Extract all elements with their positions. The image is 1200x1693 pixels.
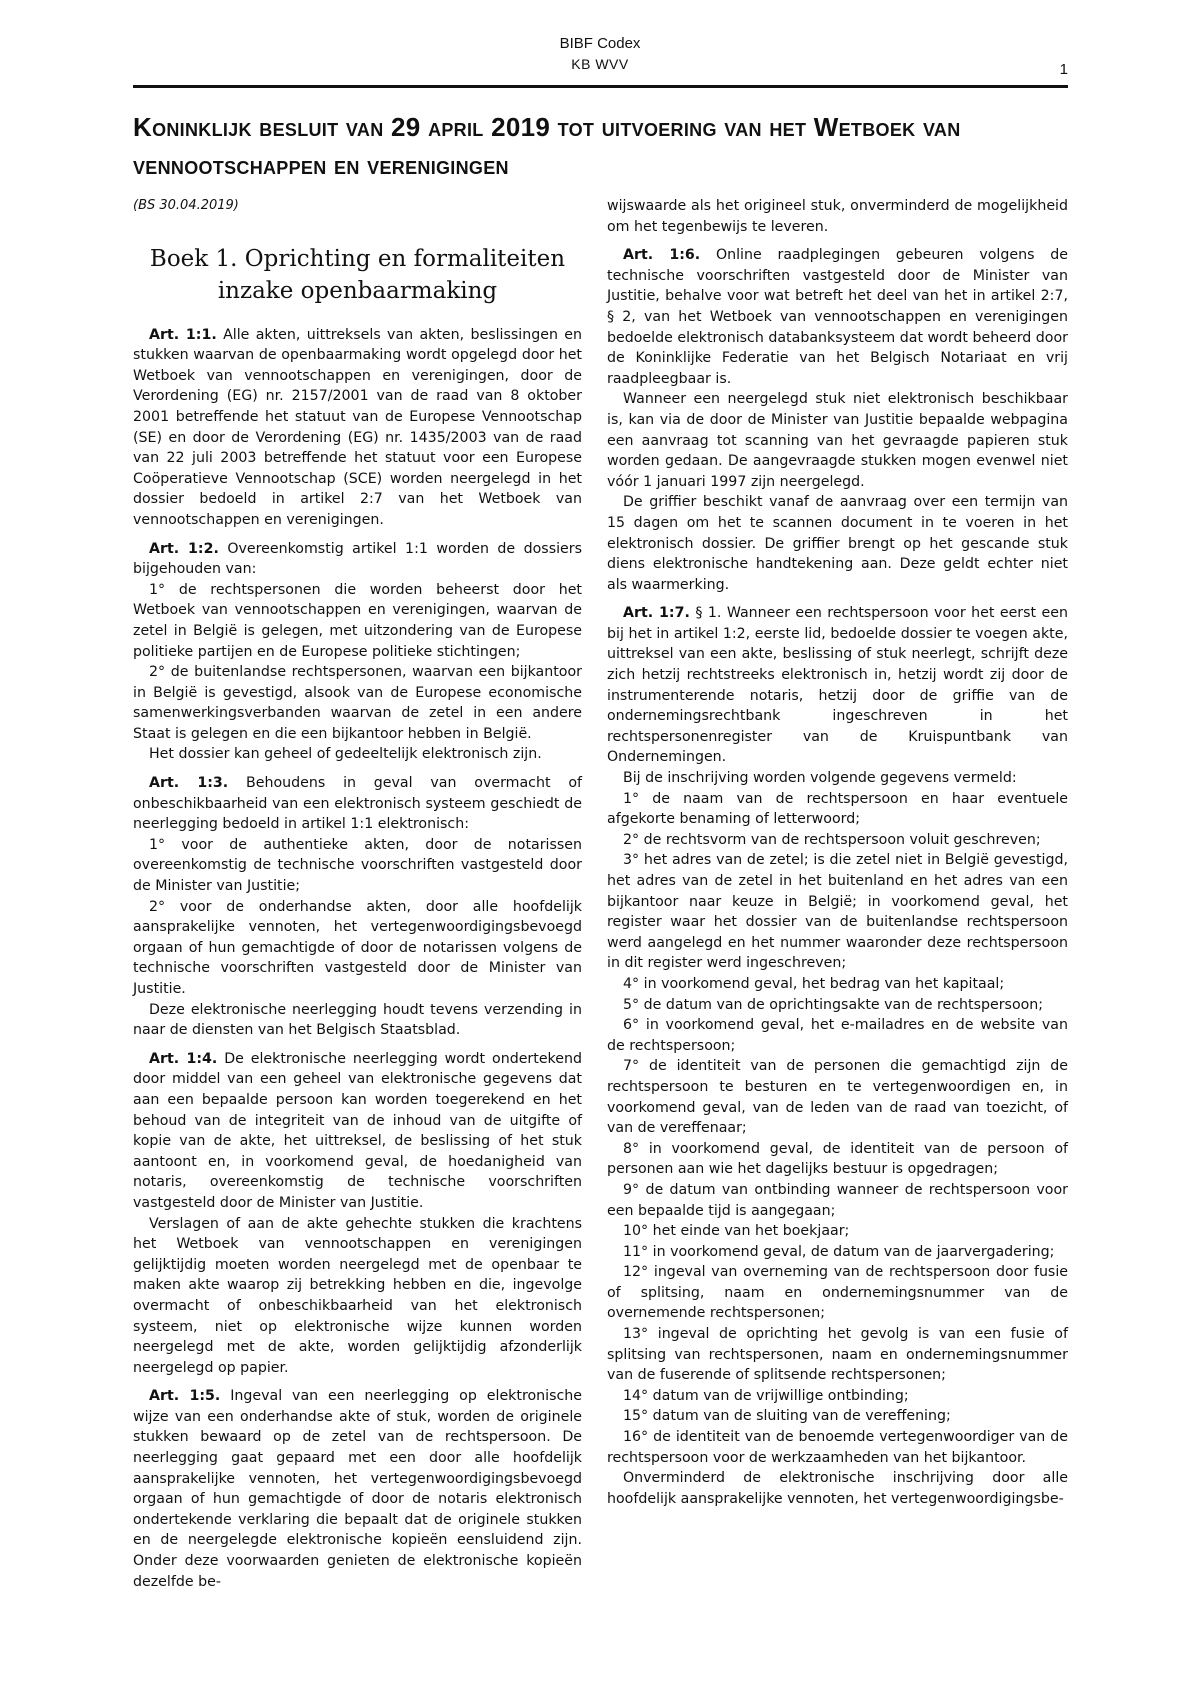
- article-text: § 1. Wanneer een rechtspersoon voor het …: [607, 605, 1068, 765]
- list-item: 1° de naam van de rechtspersoon en haar …: [607, 789, 1068, 830]
- article-label: Art. 1:1.: [149, 327, 217, 343]
- article-1-7: Art. 1:7. § 1. Wanneer een rechtspersoon…: [607, 603, 1068, 768]
- list-item: 15° datum van de sluiting van de vereffe…: [607, 1406, 1068, 1427]
- list-item: 9° de datum van ontbinding wanneer de re…: [607, 1180, 1068, 1221]
- list-item: 5° de datum van de oprichtingsakte van d…: [607, 995, 1068, 1016]
- article-label: Art. 1:2.: [149, 541, 219, 557]
- article-text: De elektronische neerlegging wordt onder…: [133, 1051, 582, 1211]
- article-paragraph: De griffier beschikt vanaf de aanvraag o…: [607, 492, 1068, 595]
- publication-reference: (BS 30.04.2019): [133, 196, 582, 217]
- right-column: wijswaarde als het origineel stuk, onver…: [607, 196, 1068, 1509]
- article-paragraph: Verslagen of aan de akte gehechte stukke…: [133, 1214, 582, 1379]
- article-1-5: Art. 1:5. Ingeval van een neerlegging op…: [133, 1386, 582, 1592]
- article-1-1: Art. 1:1. Alle akten, uittreksels van ak…: [133, 325, 582, 531]
- document-short-title: KB WVV: [0, 54, 1200, 74]
- list-item: 8° in voorkomend geval, de identiteit va…: [607, 1139, 1068, 1180]
- page-number: 1: [1060, 61, 1068, 78]
- list-item: 4° in voorkomend geval, het bedrag van h…: [607, 974, 1068, 995]
- list-item: 11° in voorkomend geval, de datum van de…: [607, 1242, 1068, 1263]
- article-label: Art. 1:5.: [149, 1388, 220, 1404]
- list-item: 1° de rechtspersonen die worden beheerst…: [133, 580, 582, 662]
- article-text: Ingeval van een neerlegging op elektroni…: [133, 1388, 582, 1589]
- article-text: Alle akten, uittreksels van akten, besli…: [133, 327, 582, 528]
- article-text: Online raadplegingen gebeuren volgens de…: [607, 247, 1068, 387]
- list-item: 2° de buitenlandse rechtspersonen, waarv…: [133, 662, 582, 744]
- article-1-3: Art. 1:3. Behoudens in geval van overmac…: [133, 773, 582, 835]
- article-label: Art. 1:3.: [149, 775, 228, 791]
- list-item: 3° het adres van de zetel; is die zetel …: [607, 850, 1068, 974]
- running-header: BIBF Codex KB WVV: [0, 34, 1200, 74]
- document-title: Koninklijk besluit van 29 april 2019 tot…: [133, 108, 1073, 184]
- list-item: 2° voor de onderhandse akten, door alle …: [133, 897, 582, 1000]
- list-item: 7° de identiteit van de personen die gem…: [607, 1056, 1068, 1138]
- article-paragraph: Onverminderd de elektronische inschrijvi…: [607, 1468, 1068, 1509]
- article-label: Art. 1:4.: [149, 1051, 217, 1067]
- header-rule: [133, 85, 1068, 88]
- book-heading: Boek 1. Oprichting en formaliteiten inza…: [133, 243, 582, 307]
- article-paragraph: Bij de inschrijving worden volgende gege…: [607, 768, 1068, 789]
- article-paragraph: Wanneer een neergelegd stuk niet elektro…: [607, 389, 1068, 492]
- article-1-2: Art. 1:2. Overeenkomstig artikel 1:1 wor…: [133, 539, 582, 580]
- article-label: Art. 1:7.: [623, 605, 690, 621]
- article-continuation: wijswaarde als het origineel stuk, onver…: [607, 196, 1068, 237]
- article-paragraph: Het dossier kan geheel of gedeeltelijk e…: [133, 744, 582, 765]
- article-label: Art. 1:6.: [623, 247, 700, 263]
- list-item: 12° ingeval van overneming van de rechts…: [607, 1262, 1068, 1324]
- list-item: 14° datum van de vrijwillige ontbinding;: [607, 1386, 1068, 1407]
- list-item: 6° in voorkomend geval, het e-mailadres …: [607, 1015, 1068, 1056]
- left-column: (BS 30.04.2019) Boek 1. Oprichting en fo…: [133, 196, 582, 1592]
- publisher-name: BIBF Codex: [0, 34, 1200, 54]
- list-item: 10° het einde van het boekjaar;: [607, 1221, 1068, 1242]
- article-1-6: Art. 1:6. Online raadplegingen gebeuren …: [607, 245, 1068, 389]
- list-item: 13° ingeval de oprichting het gevolg is …: [607, 1324, 1068, 1386]
- article-paragraph: Deze elektronische neerlegging houdt tev…: [133, 1000, 582, 1041]
- list-item: 16° de identiteit van de benoemde verteg…: [607, 1427, 1068, 1468]
- list-item: 2° de rechtsvorm van de rechtspersoon vo…: [607, 830, 1068, 851]
- list-item: 1° voor de authentieke akten, door de no…: [133, 835, 582, 897]
- article-1-4: Art. 1:4. De elektronische neerlegging w…: [133, 1049, 582, 1214]
